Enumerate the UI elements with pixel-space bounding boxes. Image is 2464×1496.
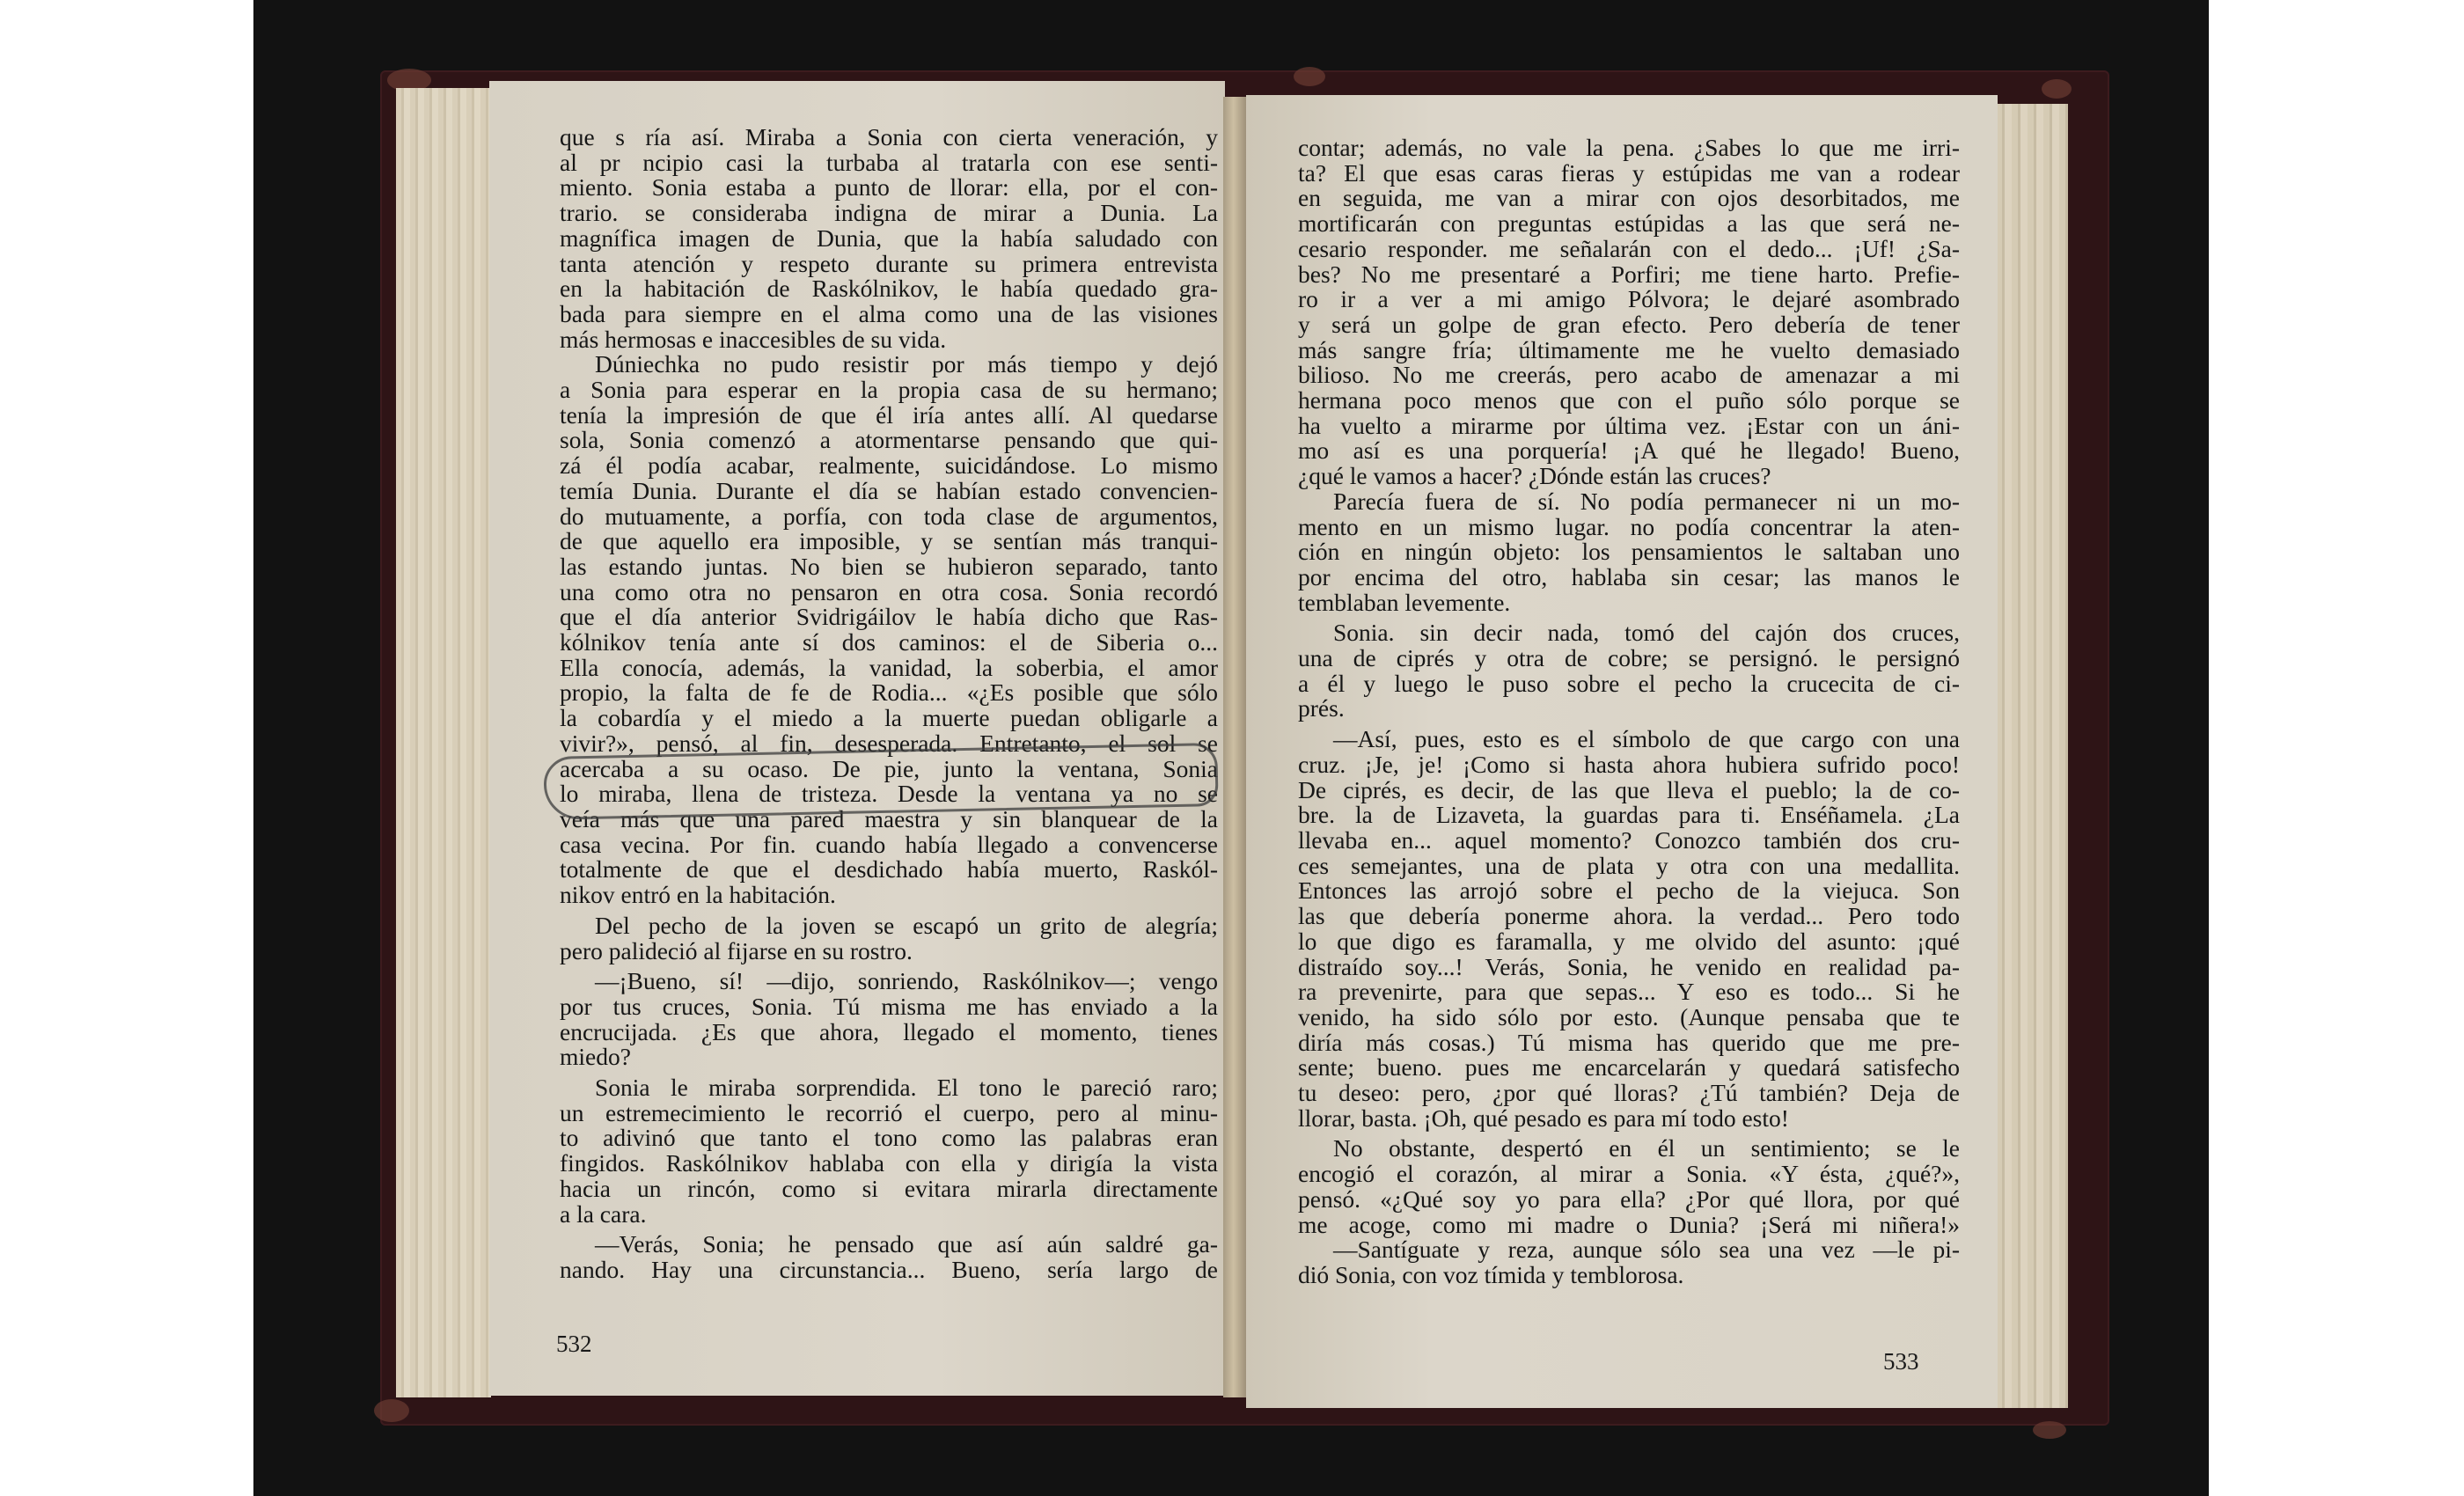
text-line: más sangre fría; últimamente me he vuelt… bbox=[1298, 338, 1960, 363]
text-line: ta? El que esas caras fieras y estúpidas… bbox=[1298, 161, 1960, 187]
text-line: tanta atención y respeto durante su prim… bbox=[560, 252, 1218, 277]
text-line: las estando juntas. No bien se hubieron … bbox=[560, 554, 1218, 580]
text-line: ra prevenirte, para que sepas... Y eso e… bbox=[1298, 979, 1960, 1005]
book-gutter bbox=[1223, 97, 1246, 1397]
text-line: mortificarán con preguntas estúpidas a l… bbox=[1298, 211, 1960, 237]
text-line: contar; además, no vale la pena. ¿Sabes … bbox=[1298, 136, 1960, 161]
text-line: a la cara. bbox=[560, 1202, 1218, 1228]
text-line: bre. la de Lizaveta, la guardas para ti.… bbox=[1298, 803, 1960, 828]
text-line: magnífica imagen de Dunia, que la había … bbox=[560, 226, 1218, 252]
text-line: hermana poco menos que con el puño sólo … bbox=[1298, 388, 1960, 414]
text-line: ro ir a ver a mi amigo Pólvora; le dejar… bbox=[1298, 287, 1960, 312]
page-number-left: 532 bbox=[556, 1331, 592, 1358]
text-line: Parecía fuera de sí. No podía permanecer… bbox=[1298, 489, 1960, 515]
cover-wear-bottom-right bbox=[2033, 1421, 2066, 1439]
text-line: —Verás, Sonia; he pensado que así aún sa… bbox=[560, 1232, 1218, 1258]
text-line: Sonia le miraba sorprendida. El tono le … bbox=[560, 1075, 1218, 1101]
text-line: cesario responder. me señalarán con el d… bbox=[1298, 237, 1960, 262]
text-line: pero palideció al fijarse en su rostro. bbox=[560, 939, 1218, 964]
text-line: ces semejantes, una de plata y otra con … bbox=[1298, 854, 1960, 879]
text-line: do mutuamente, a porfía, con toda clase … bbox=[560, 504, 1218, 530]
cover-wear-top-right bbox=[2042, 79, 2072, 99]
left-page-stack-edge bbox=[396, 88, 491, 1397]
text-line: llorar, basta. ¡Oh, qué pesado es para m… bbox=[1298, 1106, 1960, 1132]
text-line: al pr ncipio casi la turbaba al tratarla… bbox=[560, 150, 1218, 176]
text-line: Del pecho de la joven se escapó un grito… bbox=[560, 913, 1218, 939]
text-line: mo así es una porquería! ¡A qué he llega… bbox=[1298, 438, 1960, 464]
text-line: dió Sonia, con voz tímida y temblorosa. bbox=[1298, 1263, 1960, 1288]
text-line: Ella conocía, además, la vanidad, la sob… bbox=[560, 656, 1218, 681]
text-line: sente; bueno. pues me encarcelarán y que… bbox=[1298, 1055, 1960, 1081]
text-line: casa vecina. Por fin. cuando había llega… bbox=[560, 832, 1218, 858]
text-line: De ciprés, es decir, de las que lleva el… bbox=[1298, 778, 1960, 803]
text-line: ha vuelto a mirarme por última vez. ¡Est… bbox=[1298, 414, 1960, 439]
text-line: que s ría así. Miraba a Sonia con cierta… bbox=[560, 125, 1218, 150]
text-line: la cobardía y el miedo a la muerte pueda… bbox=[560, 706, 1218, 731]
left-page-text: que s ría así. Miraba a Sonia con cierta… bbox=[560, 125, 1218, 1283]
text-line: que el día anterior Svidrigáilov le habí… bbox=[560, 605, 1218, 630]
text-line: lo que digo es faramalla, y me olvido de… bbox=[1298, 929, 1960, 955]
cover-wear-top-center bbox=[1294, 67, 1325, 86]
text-line: más hermosas e inaccesibles de su vida. bbox=[560, 327, 1218, 353]
text-line: to adivinó que tanto el tono como las pa… bbox=[560, 1126, 1218, 1151]
text-line: sola, Sonia comenzó a atormentarse pensa… bbox=[560, 428, 1218, 453]
text-line: me acoge, como mi madre o Dunia? ¡Será m… bbox=[1298, 1213, 1960, 1238]
text-line: trario. se consideraba indigna de mirar … bbox=[560, 201, 1218, 226]
text-line: una como otra no pensaron en otra cosa. … bbox=[560, 580, 1218, 605]
text-line: diría más cosas.) Tú misma has querido q… bbox=[1298, 1030, 1960, 1056]
text-line: venido, ha sido sólo por esto. (Aunque p… bbox=[1298, 1005, 1960, 1030]
text-line: Dúniechka no pudo resistir por más tiemp… bbox=[560, 352, 1218, 378]
text-line: llevaba en... aquel momento? Conozco tam… bbox=[1298, 828, 1960, 854]
cover-wear-bottom-left bbox=[374, 1399, 409, 1422]
text-line: fingidos. Raskólnikov hablaba con ella y… bbox=[560, 1151, 1218, 1177]
text-line: un estremecimiento le recorrió el cuerpo… bbox=[560, 1101, 1218, 1126]
text-line: zá él podía acabar, realmente, suicidánd… bbox=[560, 453, 1218, 479]
text-line: mento en un mismo lugar. no podía concen… bbox=[1298, 515, 1960, 540]
text-line: Entonces las arrojó sobre el pecho de la… bbox=[1298, 878, 1960, 904]
text-line: encogió el corazón, al mirar a Sonia. «Y… bbox=[1298, 1162, 1960, 1187]
text-line: en la habitación de Raskólnikov, le habí… bbox=[560, 276, 1218, 302]
text-line: por encima del otro, hablaba sin cesar; … bbox=[1298, 565, 1960, 590]
text-line: a Sonia para esperar en la propia casa d… bbox=[560, 378, 1218, 403]
text-line: por tus cruces, Sonia. Tú misma me has e… bbox=[560, 994, 1218, 1020]
text-line: pensó. «¿Qué soy yo para ella? ¿Por qué … bbox=[1298, 1187, 1960, 1213]
text-line: bilioso. No me creerás, pero acabo de am… bbox=[1298, 363, 1960, 388]
page-number-right: 533 bbox=[1883, 1348, 1919, 1375]
text-line: y será un golpe de gran efecto. Pero deb… bbox=[1298, 312, 1960, 338]
text-line: No obstante, despertó en él un sentimien… bbox=[1298, 1136, 1960, 1162]
right-page-stack-edge bbox=[1996, 104, 2068, 1408]
text-line: propio, la falta de fe de Rodia... «¿Es … bbox=[560, 680, 1218, 706]
text-line: encrucijada. ¿Es que ahora, llegado el m… bbox=[560, 1020, 1218, 1045]
text-line: prés. bbox=[1298, 696, 1960, 722]
text-line: totalmente de que el desdichado había mu… bbox=[560, 857, 1218, 883]
text-line: —Así, pues, esto es el símbolo de que ca… bbox=[1298, 727, 1960, 752]
text-line: kólnikov tenía ante sí dos caminos: el d… bbox=[560, 630, 1218, 656]
text-line: de que aquello era imposible, y se sentí… bbox=[560, 529, 1218, 554]
text-line: en seguida, me van a mirar con ojos deso… bbox=[1298, 186, 1960, 211]
text-line: a él y luego le puso sobre el pecho la c… bbox=[1298, 671, 1960, 697]
text-line: nando. Hay una circunstancia... Bueno, s… bbox=[560, 1258, 1218, 1283]
text-line: distraído soy...! Verás, Sonia, he venid… bbox=[1298, 955, 1960, 980]
text-line: ¿qué le vamos a hacer? ¿Dónde están las … bbox=[1298, 464, 1960, 489]
text-line: tu deseo: pero, ¿por qué lloras? ¿Tú tam… bbox=[1298, 1081, 1960, 1106]
right-page-text: contar; además, no vale la pena. ¿Sabes … bbox=[1298, 136, 1960, 1288]
text-line: miedo? bbox=[560, 1045, 1218, 1070]
text-line: cruz. ¡Je, je! ¡Como si hasta ahora hubi… bbox=[1298, 752, 1960, 778]
text-line: miento. Sonia estaba a punto de llorar: … bbox=[560, 175, 1218, 201]
text-line: ción en ningún objeto: los pensamientos … bbox=[1298, 539, 1960, 565]
text-line: bada para siempre en el alma como una de… bbox=[560, 302, 1218, 327]
text-line: Sonia. sin decir nada, tomó del cajón do… bbox=[1298, 620, 1960, 646]
text-line: una de ciprés y otra de cobre; se persig… bbox=[1298, 646, 1960, 671]
text-line: nikov entró en la habitación. bbox=[560, 883, 1218, 908]
text-line: las que debería ponerme ahora. la verdad… bbox=[1298, 904, 1960, 929]
text-line: temía Dunia. Durante el día se habían es… bbox=[560, 479, 1218, 504]
text-line: hacia un rincón, como si evitara mirarla… bbox=[560, 1177, 1218, 1202]
text-line: —¡Bueno, sí! —dijo, sonriendo, Raskólnik… bbox=[560, 969, 1218, 994]
text-line: —Santíguate y reza, aunque sólo sea una … bbox=[1298, 1237, 1960, 1263]
text-line: bes? No me presentaré a Porfiri; me tien… bbox=[1298, 262, 1960, 288]
text-line: tenía la impresión de que él iría antes … bbox=[560, 403, 1218, 429]
text-line: temblaban levemente. bbox=[1298, 590, 1960, 616]
